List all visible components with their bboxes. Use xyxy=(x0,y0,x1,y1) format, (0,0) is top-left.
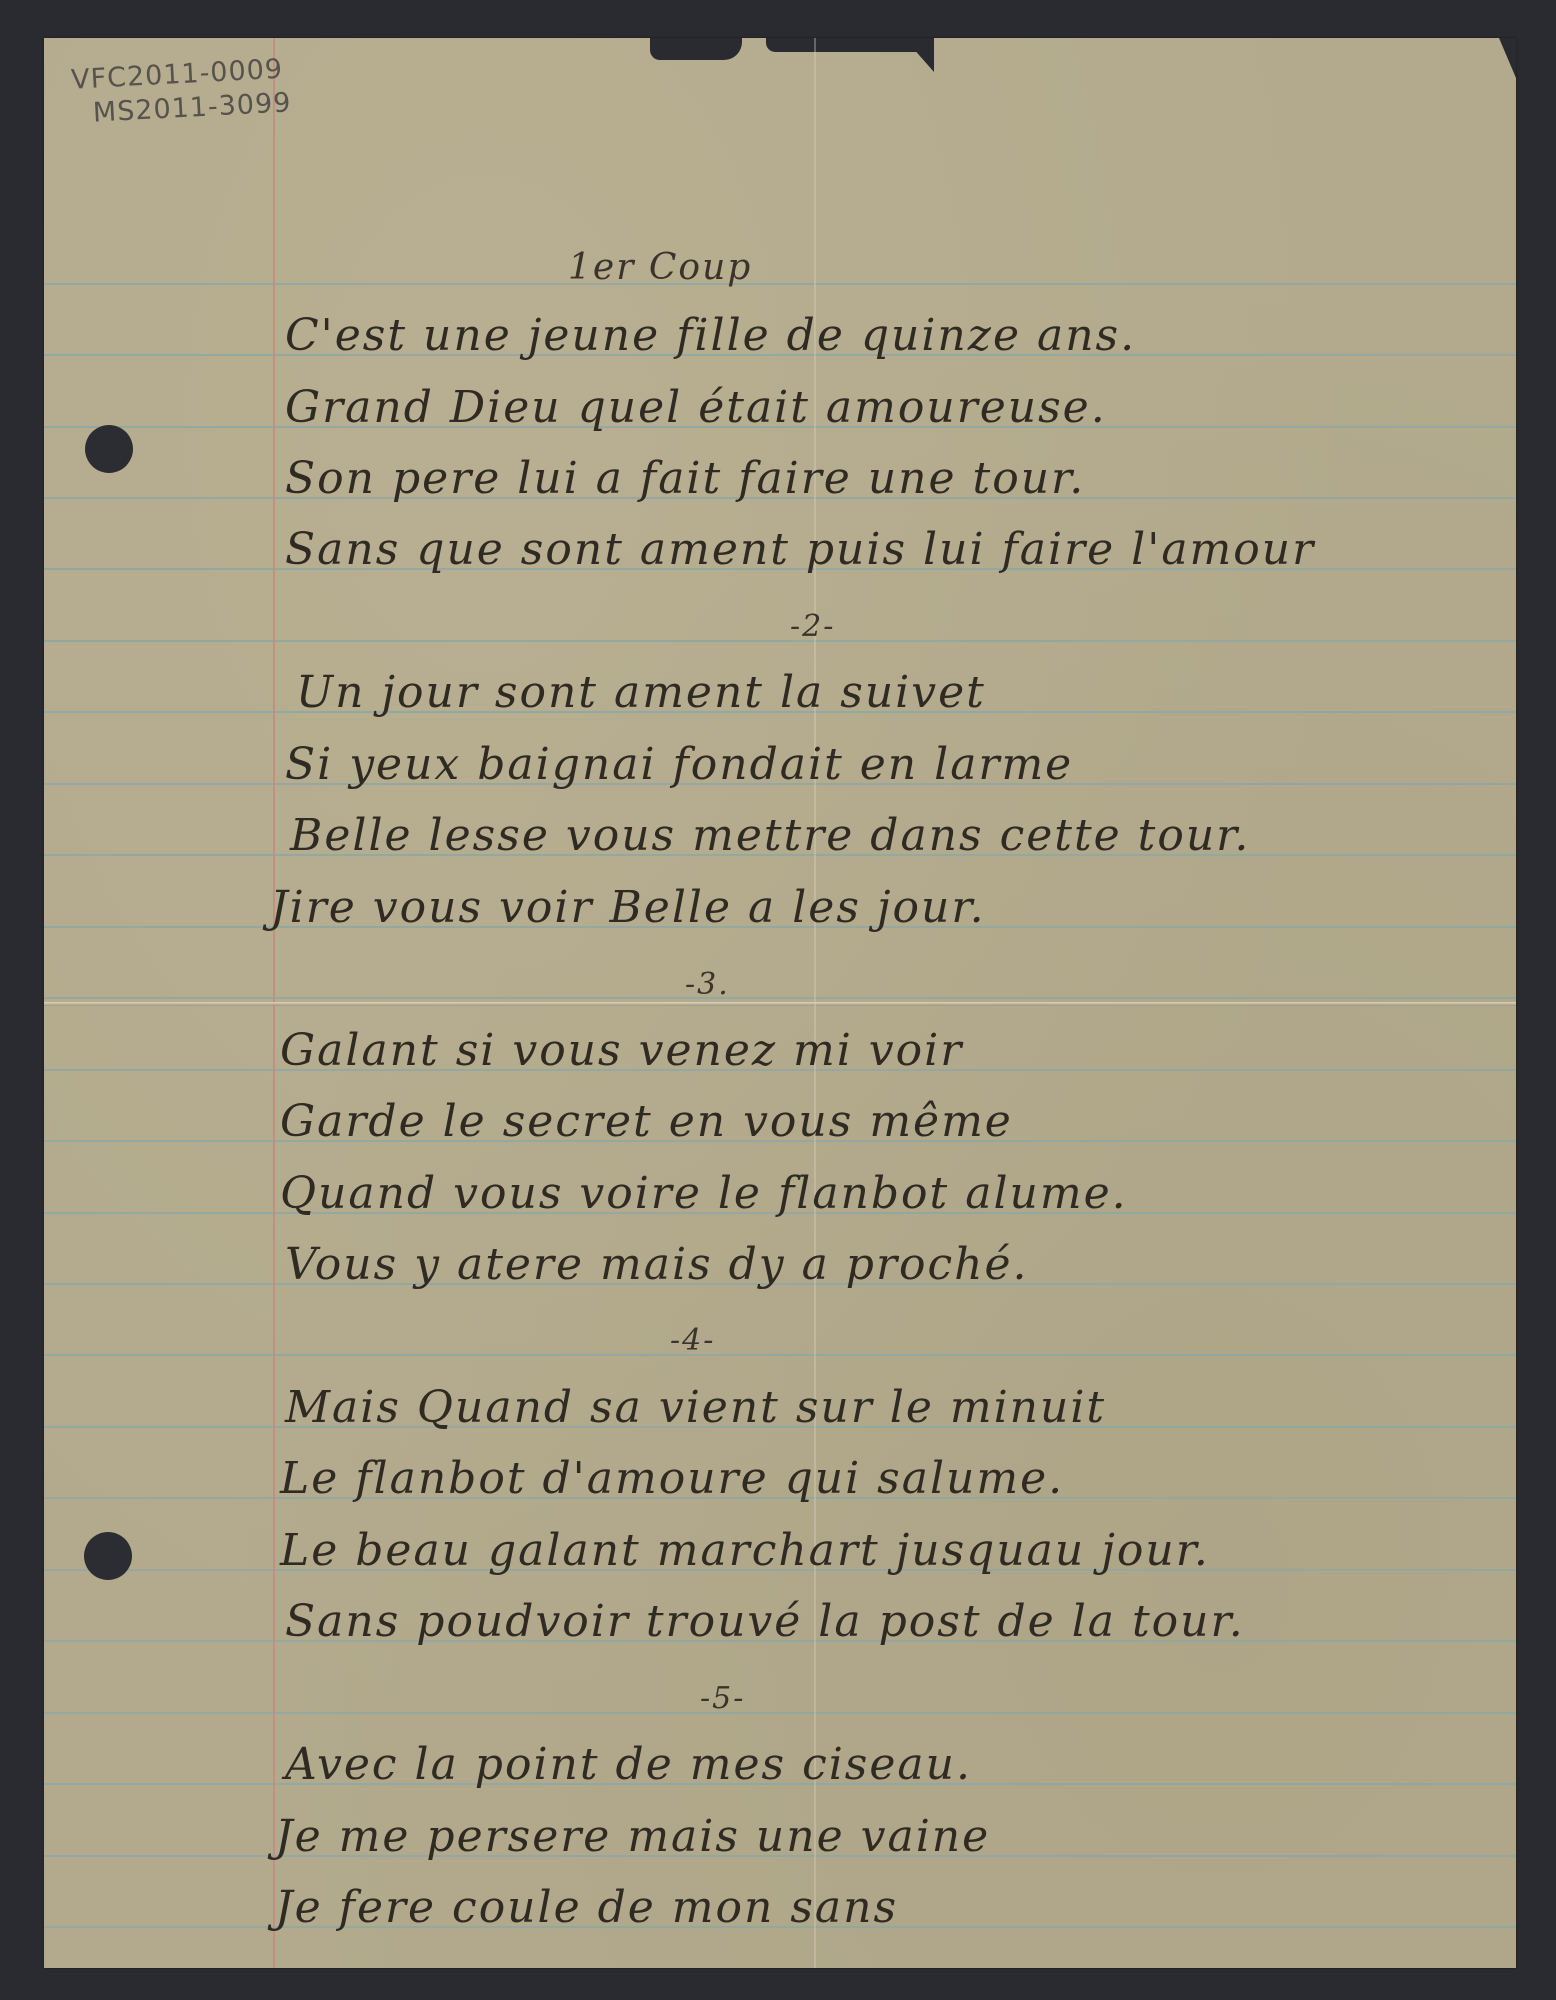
ruled-line xyxy=(44,640,1516,642)
stanza-2-number: -2- xyxy=(790,612,835,642)
stanza-3-line-4: Vous y atere mais dy a proché. xyxy=(285,1243,1029,1287)
stanza-5-line-3: Je fere coule de mon sans xyxy=(275,1886,898,1930)
stanza-1-line-1: C'est une jeune fille de quinze ans. xyxy=(285,314,1136,358)
stanza-4-line-4: Sans poudvoir trouvé la post de la tour. xyxy=(285,1600,1245,1644)
torn-edge xyxy=(904,38,934,72)
stanza-2-line-1: Un jour sont ament la suivet xyxy=(296,671,986,715)
ruled-line xyxy=(44,997,1516,999)
fold-crease xyxy=(44,1002,1516,1006)
punch-hole xyxy=(85,425,133,473)
stanza-5-number: -5- xyxy=(700,1684,745,1714)
song-title: 1er Coup xyxy=(568,250,752,286)
stanza-2-line-4: Jire vous voir Belle a les jour. xyxy=(270,886,986,930)
ruled-line xyxy=(44,1712,1516,1714)
stanza-5-line-1: Avec la point de mes ciseau. xyxy=(285,1743,972,1787)
stanza-3-line-3: Quand vous voire le flanbot alume. xyxy=(280,1172,1128,1216)
torn-edge xyxy=(650,38,742,60)
torn-edge xyxy=(1499,38,1516,78)
stanza-4-line-2: Le flanbot d'amoure qui salume. xyxy=(280,1457,1064,1501)
stanza-3-line-1: Galant si vous venez mi voir xyxy=(280,1029,963,1073)
catalog-numbers: VFC2011-0009 MS2011-3099 xyxy=(70,52,292,131)
stanza-3-number: -3. xyxy=(685,970,730,1000)
stanza-1-line-2: Grand Dieu quel était amoureuse. xyxy=(285,386,1107,430)
stanza-4-number: -4- xyxy=(670,1326,715,1356)
stanza-2-line-3: Belle lesse vous mettre dans cette tour. xyxy=(290,814,1250,858)
ruled-line xyxy=(44,1354,1516,1356)
stanza-4-line-1: Mais Quand sa vient sur le minuit xyxy=(285,1386,1106,1430)
ruled-line xyxy=(44,283,1516,285)
stanza-1-line-3: Son pere lui a fait faire une tour. xyxy=(285,457,1085,501)
stanza-5-line-2: Je me persere mais une vaine xyxy=(275,1815,990,1859)
stanza-4-line-3: Le beau galant marchart jusquau jour. xyxy=(280,1529,1210,1573)
stanza-1-line-4: Sans que sont ament puis lui faire l'amo… xyxy=(285,528,1315,572)
stanza-2-line-2: Si yeux baignai fondait en larme xyxy=(285,743,1073,787)
punch-hole xyxy=(84,1532,132,1580)
stanza-3-line-2: Garde le secret en vous même xyxy=(280,1100,1013,1144)
